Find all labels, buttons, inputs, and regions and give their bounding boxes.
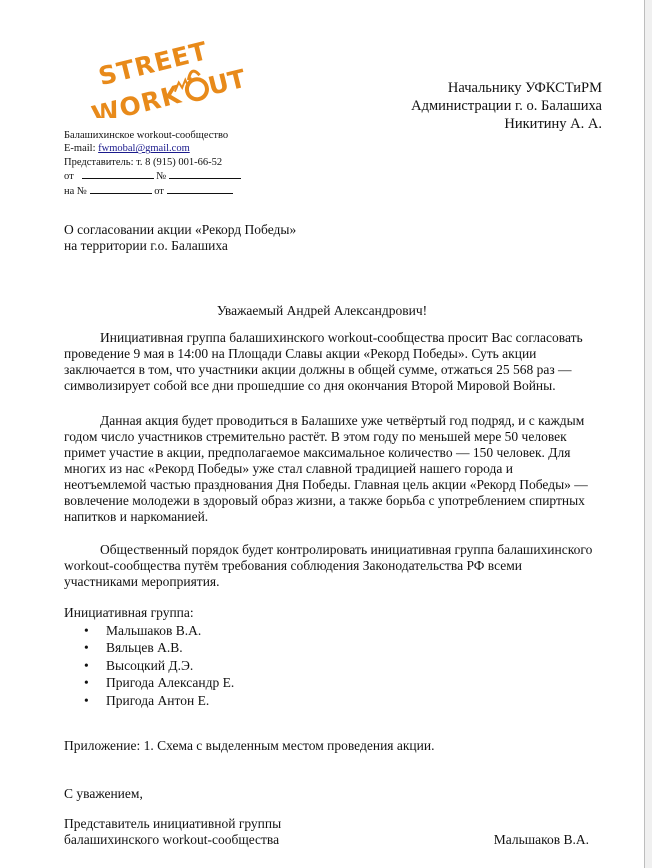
number-label: № [156,171,166,182]
number-blank [169,169,241,179]
bullet-icon: • [84,674,89,692]
attachment-note: Приложение: 1. Схема с выделенным местом… [64,738,434,754]
list-item: •Пригода Антон Е. [64,692,234,710]
re-number-label: на № [64,186,87,197]
subject-line: О согласовании акции «Рекорд Победы» [64,222,296,238]
paragraph-text: Данная акция будет проводиться в Балаших… [64,413,594,525]
signature-line: Представитель инициативной группы [64,816,589,832]
list-item: •Пригода Александр Е. [64,674,234,692]
logo-gear-icon [185,77,209,101]
paragraph-text: Инициативная группа балашихинского worko… [64,330,594,394]
addressee-block: Начальнику УФКСТиРМ Администрации г. о. … [411,79,602,133]
email-label: E-mail: [64,143,96,154]
re-number-blank [90,184,152,194]
list-item: •Вяльцев А.В. [64,639,234,657]
date-blank [82,169,154,179]
outgoing-number-row: от № [64,169,241,183]
paragraph-text: Общественный порядок будет контролироват… [64,542,594,590]
list-item: •Мальшаков В.А. [64,622,234,640]
paragraph-request: Инициативная группа балашихинского worko… [64,330,594,394]
initiative-group: Инициативная группа: •Мальшаков В.А. •Вя… [64,604,234,709]
member-name: Пригода Антон Е. [106,693,209,708]
page-edge-scrollbar[interactable] [644,0,652,868]
bullet-icon: • [84,692,89,710]
bullet-icon: • [84,657,89,675]
addressee-line: Начальнику УФКСТиРМ [411,79,602,97]
paragraph-order: Общественный порядок будет контролироват… [64,542,594,590]
re-date-blank [167,184,233,194]
addressee-line: Никитину А. А. [411,115,602,133]
bullet-icon: • [84,622,89,640]
logo-text-ut: UT [205,64,248,101]
sender-org: Балашихинское workout-сообщество [64,129,241,142]
street-workout-logo: STREET WORK UT [78,28,248,118]
subject-line: на территории г.о. Балашиха [64,238,296,254]
from-label: от [64,171,74,182]
document-page: STREET WORK UT Начальнику УФКСТиРМ Админ… [0,0,644,868]
bullet-icon: • [84,639,89,657]
member-name: Вяльцев А.В. [106,640,183,655]
member-name: Высоцкий Д.Э. [106,658,193,673]
signature-block: Представитель инициативной группы балаши… [64,816,589,847]
member-name: Мальшаков В.А. [106,623,201,638]
logo-graphic: STREET WORK UT [78,28,248,118]
member-name: Пригода Александр Е. [106,675,234,690]
sender-block: Балашихинское workout-сообщество E-mail:… [64,129,241,198]
sender-phone: Представитель: т. 8 (915) 001-66-52 [64,156,241,169]
sender-email-row: E-mail: fwmobal@gmail.com [64,142,241,155]
member-list: •Мальшаков В.А. •Вяльцев А.В. •Высоцкий … [64,622,234,710]
signature-name: Мальшаков В.А. [494,832,589,848]
addressee-line: Администрации г. о. Балашиха [411,97,602,115]
greeting: Уважаемый Андрей Александрович! [0,303,644,319]
list-item: •Высоцкий Д.Э. [64,657,234,675]
logo-text-street: STREET [96,36,211,91]
regards: С уважением, [64,786,143,802]
email-link[interactable]: fwmobal@gmail.com [98,143,190,154]
group-title: Инициативная группа: [64,604,234,622]
paragraph-history: Данная акция будет проводиться в Балаших… [64,413,594,525]
subject-block: О согласовании акции «Рекорд Победы» на … [64,222,296,254]
re-from-label: от [154,186,164,197]
incoming-number-row: на № от [64,184,241,198]
